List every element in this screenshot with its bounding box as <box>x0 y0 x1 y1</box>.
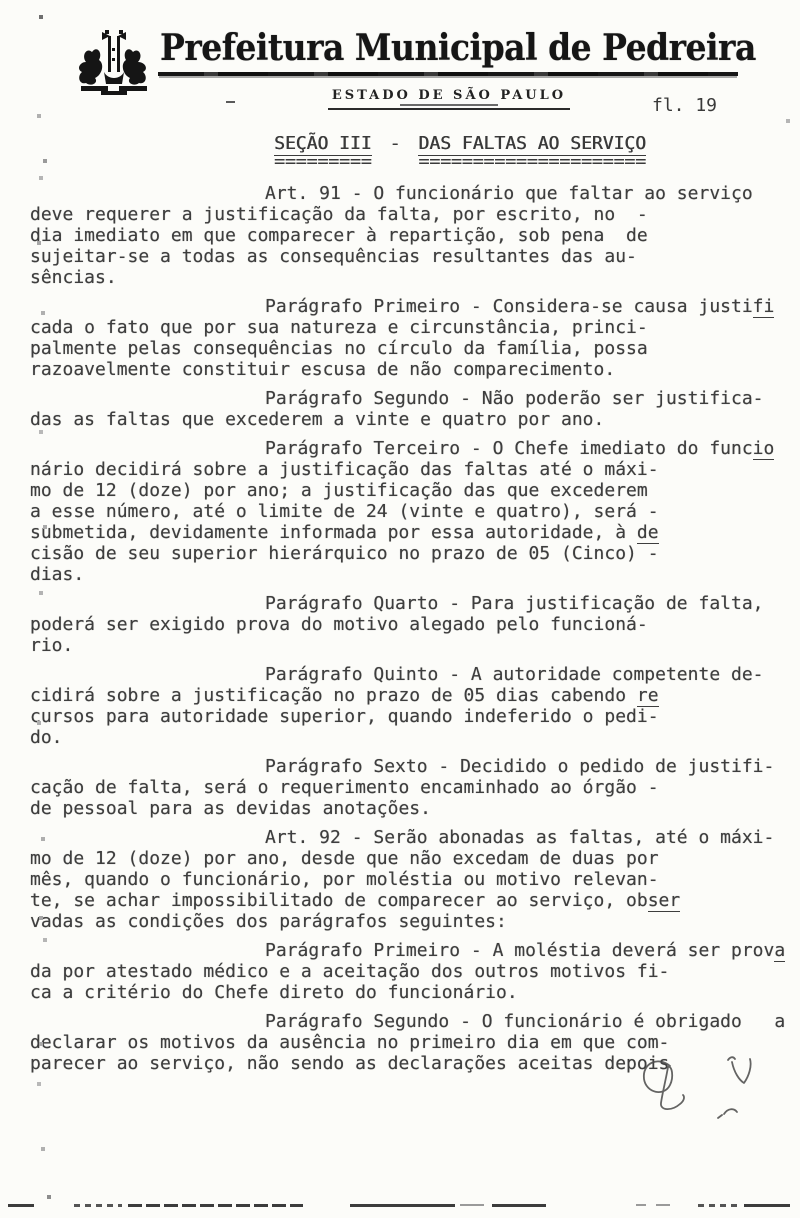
paragraph: Parágrafo Primeiro - Considera-se causa … <box>30 296 770 380</box>
paragraph: Parágrafo Quarto - Para justificação de … <box>30 593 770 656</box>
section-heading-title: DAS FALTAS AO SERVIÇO ==================… <box>418 133 646 166</box>
handwritten-initials <box>628 1050 778 1140</box>
section-number-underline: ========= <box>274 157 372 166</box>
section-heading: SEÇÃO III ========= - DAS FALTAS AO SERV… <box>274 133 646 166</box>
scan-edge-line <box>8 1204 34 1207</box>
text-line: Parágrafo Quarto - Para justificação de … <box>30 593 770 614</box>
text-line: Art. 92 - Serão abonadas as faltas, até … <box>30 827 770 848</box>
text-line: Parágrafo Primeiro - Considera-se causa … <box>30 296 770 317</box>
text-line: de pessoal para as devidas anotações. <box>30 798 770 819</box>
scan-edge-line <box>74 1204 122 1207</box>
letterhead-subtitle: ESTADO DE SÃO PAULO <box>328 88 570 110</box>
scanned-document-page: Prefeitura Municipal de Pedreira ESTADO … <box>0 0 800 1218</box>
scan-dash-mark <box>226 101 235 103</box>
text-line: Parágrafo Sexto - Decidido o pedido de j… <box>30 756 770 777</box>
text-line: te, se achar impossibilitado de comparec… <box>30 890 770 911</box>
coat-of-arms-logo <box>72 28 156 102</box>
text-line: cada o fato que por sua natureza e circu… <box>30 317 770 338</box>
letterhead-rule <box>158 72 738 76</box>
text-line: do. <box>30 727 770 748</box>
text-line: vadas as condições dos parágrafos seguin… <box>30 911 770 932</box>
paragraph: Parágrafo Segundo - Não poderão ser just… <box>30 388 770 430</box>
folio-number: fl. 19 <box>652 95 717 116</box>
text-line: rio. <box>30 635 770 656</box>
paragraph: Parágrafo Terceiro - O Chefe imediato do… <box>30 438 770 585</box>
text-line: cisão de seu superior hierárquico no pra… <box>30 543 770 564</box>
text-line: sências. <box>30 267 770 288</box>
text-line: dia imediato em que comparecer à reparti… <box>30 225 770 246</box>
paragraph: Art. 92 - Serão abonadas as faltas, até … <box>30 827 770 932</box>
text-line: nário decidirá sobre a justificação das … <box>30 459 770 480</box>
text-line: Parágrafo Terceiro - O Chefe imediato do… <box>30 438 770 459</box>
text-line: das as faltas que excederem a vinte e qu… <box>30 409 770 430</box>
text-line: da por atestado médico e a aceitação dos… <box>30 961 770 982</box>
scan-edge-line <box>350 1204 455 1207</box>
scan-edge-line <box>636 1204 646 1206</box>
text-line: sujeitar-se a todas as consequências res… <box>30 246 770 267</box>
paragraph: Parágrafo Primeiro - A moléstia deverá s… <box>30 940 770 1003</box>
text-line: Parágrafo Primeiro - A moléstia deverá s… <box>30 940 770 961</box>
text-line: a esse número, até o limite de 24 (vinte… <box>30 501 770 522</box>
text-line: Parágrafo Quinto - A autoridade competen… <box>30 664 770 685</box>
paragraph: Parágrafo Quinto - A autoridade competen… <box>30 664 770 748</box>
scan-edge-line <box>492 1204 546 1207</box>
section-title-underline: ===================== <box>418 157 646 166</box>
scan-specks <box>0 0 2 2</box>
text-line: submetida, devidamente informada por ess… <box>30 522 770 543</box>
scan-edge-line <box>698 1204 742 1207</box>
scan-edge-line <box>744 1204 790 1207</box>
text-line: mês, quando o funcionário, por moléstia … <box>30 869 770 890</box>
text-line: cidirá sobre a justificação no prazo de … <box>30 685 770 706</box>
scan-edge-line <box>656 1204 670 1206</box>
text-line: cação de falta, será o requerimento enca… <box>30 777 770 798</box>
section-heading-number: SEÇÃO III ========= <box>274 133 372 166</box>
text-line: dias. <box>30 564 770 585</box>
text-line: Art. 91 - O funcionário que faltar ao se… <box>30 183 770 204</box>
text-line: deve requerer a justificação da falta, p… <box>30 204 770 225</box>
text-line: Parágrafo Segundo - Não poderão ser just… <box>30 388 770 409</box>
paragraph: Parágrafo Sexto - Decidido o pedido de j… <box>30 756 770 819</box>
text-line: razoavelmente constituir escusa de não c… <box>30 359 770 380</box>
scan-edge-line <box>460 1204 484 1206</box>
text-line: Parágrafo Segundo - O funcionário é obri… <box>30 1011 770 1032</box>
text-line: ca a critério do Chefe direto do funcion… <box>30 982 770 1003</box>
section-heading-dash: - <box>390 133 401 154</box>
text-line: palmente pelas consequências no círculo … <box>30 338 770 359</box>
letterhead-title: Prefeitura Municipal de Pedreira <box>160 26 760 69</box>
paragraph: Art. 91 - O funcionário que faltar ao se… <box>30 183 770 288</box>
text-line: mo de 12 (doze) por ano, desde que não e… <box>30 848 770 869</box>
scan-edge-line <box>128 1204 303 1207</box>
text-line: mo de 12 (doze) por ano; a justificação … <box>30 480 770 501</box>
text-line: cursos para autoridade superior, quando … <box>30 706 770 727</box>
document-body: Art. 91 - O funcionário que faltar ao se… <box>30 183 770 1082</box>
text-line: poderá ser exigido prova do motivo alega… <box>30 614 770 635</box>
